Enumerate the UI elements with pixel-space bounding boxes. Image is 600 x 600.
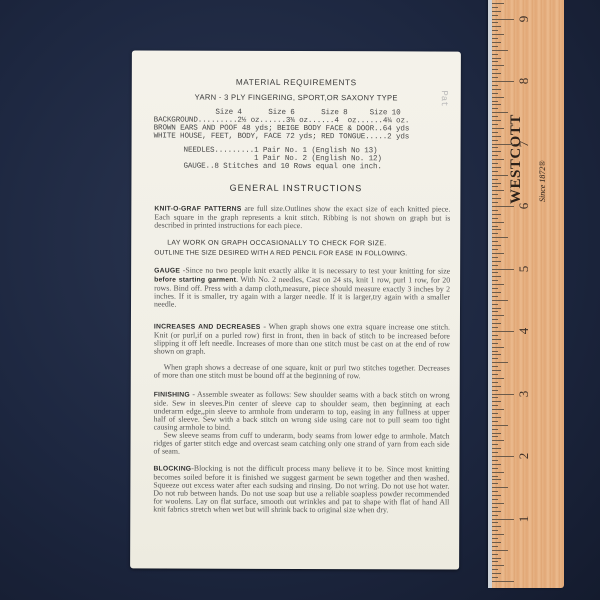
ruler-tick	[492, 132, 498, 133]
ruler-tick	[492, 77, 498, 78]
ruler-tick	[492, 522, 498, 523]
ruler-tick	[492, 183, 501, 184]
ruler-tick	[492, 101, 498, 102]
ruler-tick	[492, 202, 498, 203]
ruler-tick	[492, 65, 504, 66]
ruler-tick	[492, 429, 498, 430]
ruler-tick	[492, 147, 498, 148]
ruler-tick	[492, 433, 501, 434]
ruler-tick	[492, 167, 501, 168]
ruler-tick	[492, 288, 498, 289]
ruler-tick	[492, 89, 501, 90]
white-yarn: WHITE HOUSE, FEET, BODY, FACE 72 yds; RE…	[154, 133, 451, 142]
ruler-tick	[492, 452, 498, 453]
ruler-tick	[492, 26, 501, 27]
finishing-label: FINISHING	[154, 392, 190, 399]
gauge-summary: GAUGE..8 Stitches and 10 Rows equal one …	[183, 163, 450, 172]
ruler-number: 9	[516, 13, 532, 25]
ruler-tick	[492, 257, 498, 258]
ruler-tick	[492, 58, 501, 59]
ruler-tick	[492, 370, 501, 371]
gauge-paragraph: GAUGE -Since no two people knit exactly …	[154, 267, 450, 310]
pattern-sheet: MATERIAL REQUIREMENTS YARN - 3 PLY FINGE…	[130, 50, 461, 569]
outline-note: OUTLINE THE SIZE DESIRED WITH A RED PENC…	[154, 250, 407, 258]
ruler-tick	[492, 116, 498, 117]
ruler-tick	[492, 144, 514, 145]
ruler-tick	[492, 190, 504, 191]
ruler-tick	[492, 241, 498, 242]
ruler-tick	[492, 159, 504, 160]
ruler-tick	[492, 425, 508, 426]
blocking-paragraph: BLOCKING-Blocking is not the difficult p…	[153, 465, 449, 515]
ruler-tick	[492, 577, 498, 578]
ruler-tick	[492, 386, 501, 387]
ruler-number: 4	[516, 325, 532, 337]
ruler-tick	[492, 495, 501, 496]
ruler-tick	[492, 93, 498, 94]
ruler-tick	[492, 69, 498, 70]
ruler-number: 1	[516, 513, 532, 525]
lay-work-note: LAY WORK ON GRAPH OCCASIONALLY TO CHECK …	[167, 240, 386, 248]
ruler-tick	[492, 546, 498, 547]
general-title: GENERAL INSTRUCTIONS	[131, 183, 460, 192]
ruler-tick	[492, 339, 501, 340]
ruler-tick	[492, 253, 504, 254]
ruler-tick	[492, 296, 498, 297]
ruler-tick	[492, 136, 501, 137]
ruler-tick	[492, 343, 498, 344]
ruler-tick	[492, 335, 498, 336]
ruler-tick	[492, 538, 498, 539]
ruler-tick	[492, 515, 498, 516]
ruler-tick	[492, 440, 504, 441]
finishing-paragraph: FINISHING - Assemble sweater as follows:…	[154, 391, 450, 433]
ruler-tick	[492, 405, 498, 406]
ruler-tick	[492, 34, 504, 35]
ruler-tick	[492, 378, 504, 379]
ruler-tick	[492, 444, 498, 445]
ruler-tick	[492, 237, 508, 238]
ruler-brand: WESTCOTT	[508, 114, 525, 204]
ruler-tick	[492, 108, 498, 109]
ruler-tick	[492, 390, 498, 391]
ruler-tick	[492, 292, 501, 293]
ruler-tick	[492, 46, 498, 47]
ruler-tick	[492, 7, 498, 8]
ruler-tick	[492, 50, 508, 51]
ruler-tick	[492, 171, 498, 172]
ruler-tick	[492, 226, 498, 227]
ruler-tick	[492, 499, 498, 500]
ruler-tick	[492, 409, 504, 410]
ruler-tick	[492, 140, 498, 141]
ruler-tick	[492, 511, 501, 512]
ruler-tick	[492, 206, 514, 207]
ruler-tick	[492, 354, 501, 355]
ruler-tick	[492, 327, 498, 328]
ruler-tick	[492, 468, 498, 469]
ruler-tick	[492, 245, 501, 246]
ruler-tick	[492, 304, 498, 305]
ruler-tick	[492, 198, 501, 199]
blocking-label: BLOCKING	[153, 466, 191, 473]
ruler-tick	[492, 573, 501, 574]
ruler-tick	[492, 112, 508, 113]
ruler-tick	[492, 11, 501, 12]
ruler-tick	[492, 15, 498, 16]
ruler-number: 6	[516, 200, 532, 212]
ruler-tick	[492, 491, 498, 492]
ruler-tick	[492, 503, 504, 504]
finishing-seams-paragraph: Sew sleeve seams from cuff to underarm, …	[153, 432, 449, 457]
ruler-number: 8	[516, 75, 532, 87]
ruler-tick	[492, 561, 498, 562]
pencil-mark: Pat	[439, 90, 449, 106]
ruler-tick	[492, 280, 498, 281]
ruler-tick	[492, 175, 508, 176]
ruler-tick	[492, 315, 504, 316]
ruler-tick	[492, 22, 498, 23]
material-title: MATERIAL REQUIREMENTS	[132, 78, 461, 87]
ruler-tick	[492, 229, 501, 230]
ruler-tick	[492, 151, 501, 152]
ruler-tick	[492, 366, 498, 367]
ruler-tick	[492, 401, 501, 402]
ruler-tick	[492, 397, 498, 398]
ruler-tick	[492, 214, 501, 215]
ruler-tick	[492, 179, 498, 180]
ruler-tick	[492, 558, 501, 559]
ruler-tick	[492, 448, 501, 449]
ruler-tick	[492, 233, 498, 234]
ruler-tick	[492, 276, 501, 277]
ruler-tick	[492, 581, 514, 582]
ruler-tick	[492, 269, 514, 270]
ruler-tick	[492, 210, 498, 211]
ruler-tick	[492, 554, 498, 555]
ruler-tick	[492, 351, 498, 352]
ruler-tick	[492, 382, 498, 383]
ruler-tick	[492, 222, 504, 223]
ruler-tick	[492, 261, 501, 262]
ruler-tick	[492, 73, 501, 74]
ruler-since: Since 1872®	[538, 161, 547, 202]
ruler-tick	[492, 128, 504, 129]
ruler-tick	[492, 534, 504, 535]
ruler-tick	[492, 265, 498, 266]
ruler-tick	[492, 460, 498, 461]
ruler-number: 5	[516, 263, 532, 275]
ruler-tick	[492, 97, 504, 98]
ruler-tick	[492, 308, 501, 309]
ruler-tick	[492, 124, 498, 125]
ruler-tick	[492, 569, 498, 570]
ruler-tick	[492, 479, 501, 480]
ruler-tick	[492, 104, 501, 105]
ruler-tick	[492, 542, 501, 543]
ruler-tick	[492, 38, 498, 39]
ruler-tick	[492, 358, 498, 359]
ruler-tick	[492, 436, 498, 437]
ruler-tick	[492, 186, 498, 187]
ruler-tick	[492, 3, 504, 4]
ruler-number: 7	[516, 138, 532, 150]
ruler-tick	[492, 218, 498, 219]
ruler-tick	[492, 394, 514, 395]
ruler-tick	[492, 85, 498, 86]
ruler-number: 3	[516, 388, 532, 400]
ruler-tick	[492, 194, 498, 195]
ruler-tick	[492, 464, 501, 465]
ruler-tick	[492, 413, 498, 414]
ruler-tick	[492, 319, 498, 320]
ruler-tick	[492, 272, 498, 273]
ruler-tick	[492, 472, 504, 473]
ruler-tick	[492, 42, 501, 43]
ruler-number: 2	[516, 450, 532, 462]
ruler-tick	[492, 507, 498, 508]
ruler-tick	[492, 483, 498, 484]
gauge-label: GAUGE	[154, 268, 180, 275]
ruler-tick	[492, 550, 508, 551]
ruler-tick	[492, 347, 504, 348]
ruler-tick	[492, 61, 498, 62]
ruler-tick	[492, 19, 514, 20]
ruler-tick	[492, 30, 498, 31]
ruler-tick	[492, 456, 514, 457]
yarn-type: YARN - 3 PLY FINGERING, SPORT,OR SAXONY …	[132, 93, 461, 102]
ruler-tick	[492, 54, 498, 55]
wooden-ruler: WESTCOTT Since 1872® 987654321	[488, 0, 564, 588]
ruler-tick	[492, 487, 508, 488]
ruler-tick	[492, 163, 498, 164]
ruler-tick	[492, 300, 508, 301]
ruler-tick	[492, 81, 514, 82]
ruler-tick	[492, 284, 504, 285]
ruler-tick	[492, 421, 498, 422]
increases-paragraph: INCREASES AND DECREASES - When graph sho…	[154, 323, 450, 357]
ruler-tick	[492, 374, 498, 375]
ruler-tick	[492, 120, 501, 121]
decreases-paragraph: When graph shows a decrease of one squar…	[154, 364, 450, 381]
ruler-tick	[492, 530, 498, 531]
ruler-tick	[492, 311, 498, 312]
ruler-tick	[492, 476, 498, 477]
ruler-tick	[492, 323, 501, 324]
ruler-tick	[492, 526, 501, 527]
ruler-tick	[492, 155, 498, 156]
ruler-tick	[492, 362, 508, 363]
ruler-tick	[492, 519, 514, 520]
ruler-tick	[492, 331, 514, 332]
ruler-tick	[492, 565, 504, 566]
ruler-tick	[492, 249, 498, 250]
knitograf-paragraph: KNIT-O-GRAF PATTERNS are full size.Outli…	[154, 205, 450, 231]
ruler-tick	[492, 417, 501, 418]
